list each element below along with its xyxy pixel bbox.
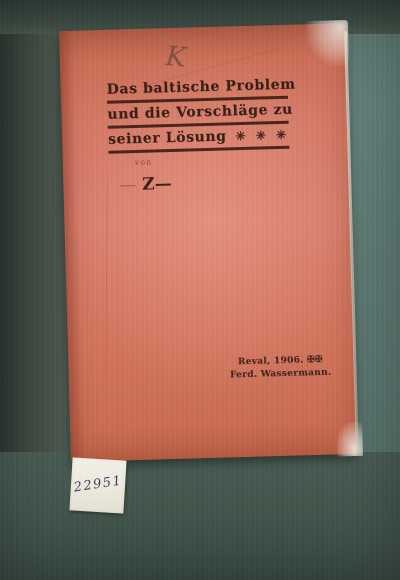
title-line-2: und die Vorschläge zu xyxy=(107,103,289,129)
title-text-3: seiner Lösung xyxy=(108,129,227,146)
book-cover: K Das baltische Problem und die Vorschlä… xyxy=(59,23,357,462)
author-leading-dash: — xyxy=(119,175,137,195)
cover-crease xyxy=(105,180,107,380)
author-pseudonym: — Z— xyxy=(119,172,250,196)
background-bottom-band xyxy=(0,452,400,580)
imprint-block: Reval, 1906. ✠✠ Ferd. Wassermann. xyxy=(214,353,347,383)
inventory-sticker: 22951 xyxy=(69,457,126,513)
corner-wear-top-right xyxy=(306,20,349,67)
corner-wear-bottom-right xyxy=(336,422,363,457)
pencil-mark-k: K xyxy=(155,38,198,77)
author-initial: Z— xyxy=(142,174,172,195)
title-text-1: Das baltische Problem xyxy=(107,77,296,96)
title-text-2: und die Vorschläge zu xyxy=(107,103,293,122)
asterisk-ornament-icon: ✳ ✳ ✳ xyxy=(235,128,289,143)
byline-von: von xyxy=(135,158,153,167)
inventory-number: 22951 xyxy=(68,473,128,496)
title-line-3: seiner Lösung ✳ ✳ ✳ xyxy=(108,128,290,154)
title-block: Das baltische Problem und die Vorschläge… xyxy=(107,78,290,158)
title-line-1: Das baltische Problem xyxy=(107,78,289,104)
photo-root: K Das baltische Problem und die Vorschlä… xyxy=(0,0,400,580)
imprint-publisher: Ferd. Wassermann. xyxy=(215,366,347,383)
